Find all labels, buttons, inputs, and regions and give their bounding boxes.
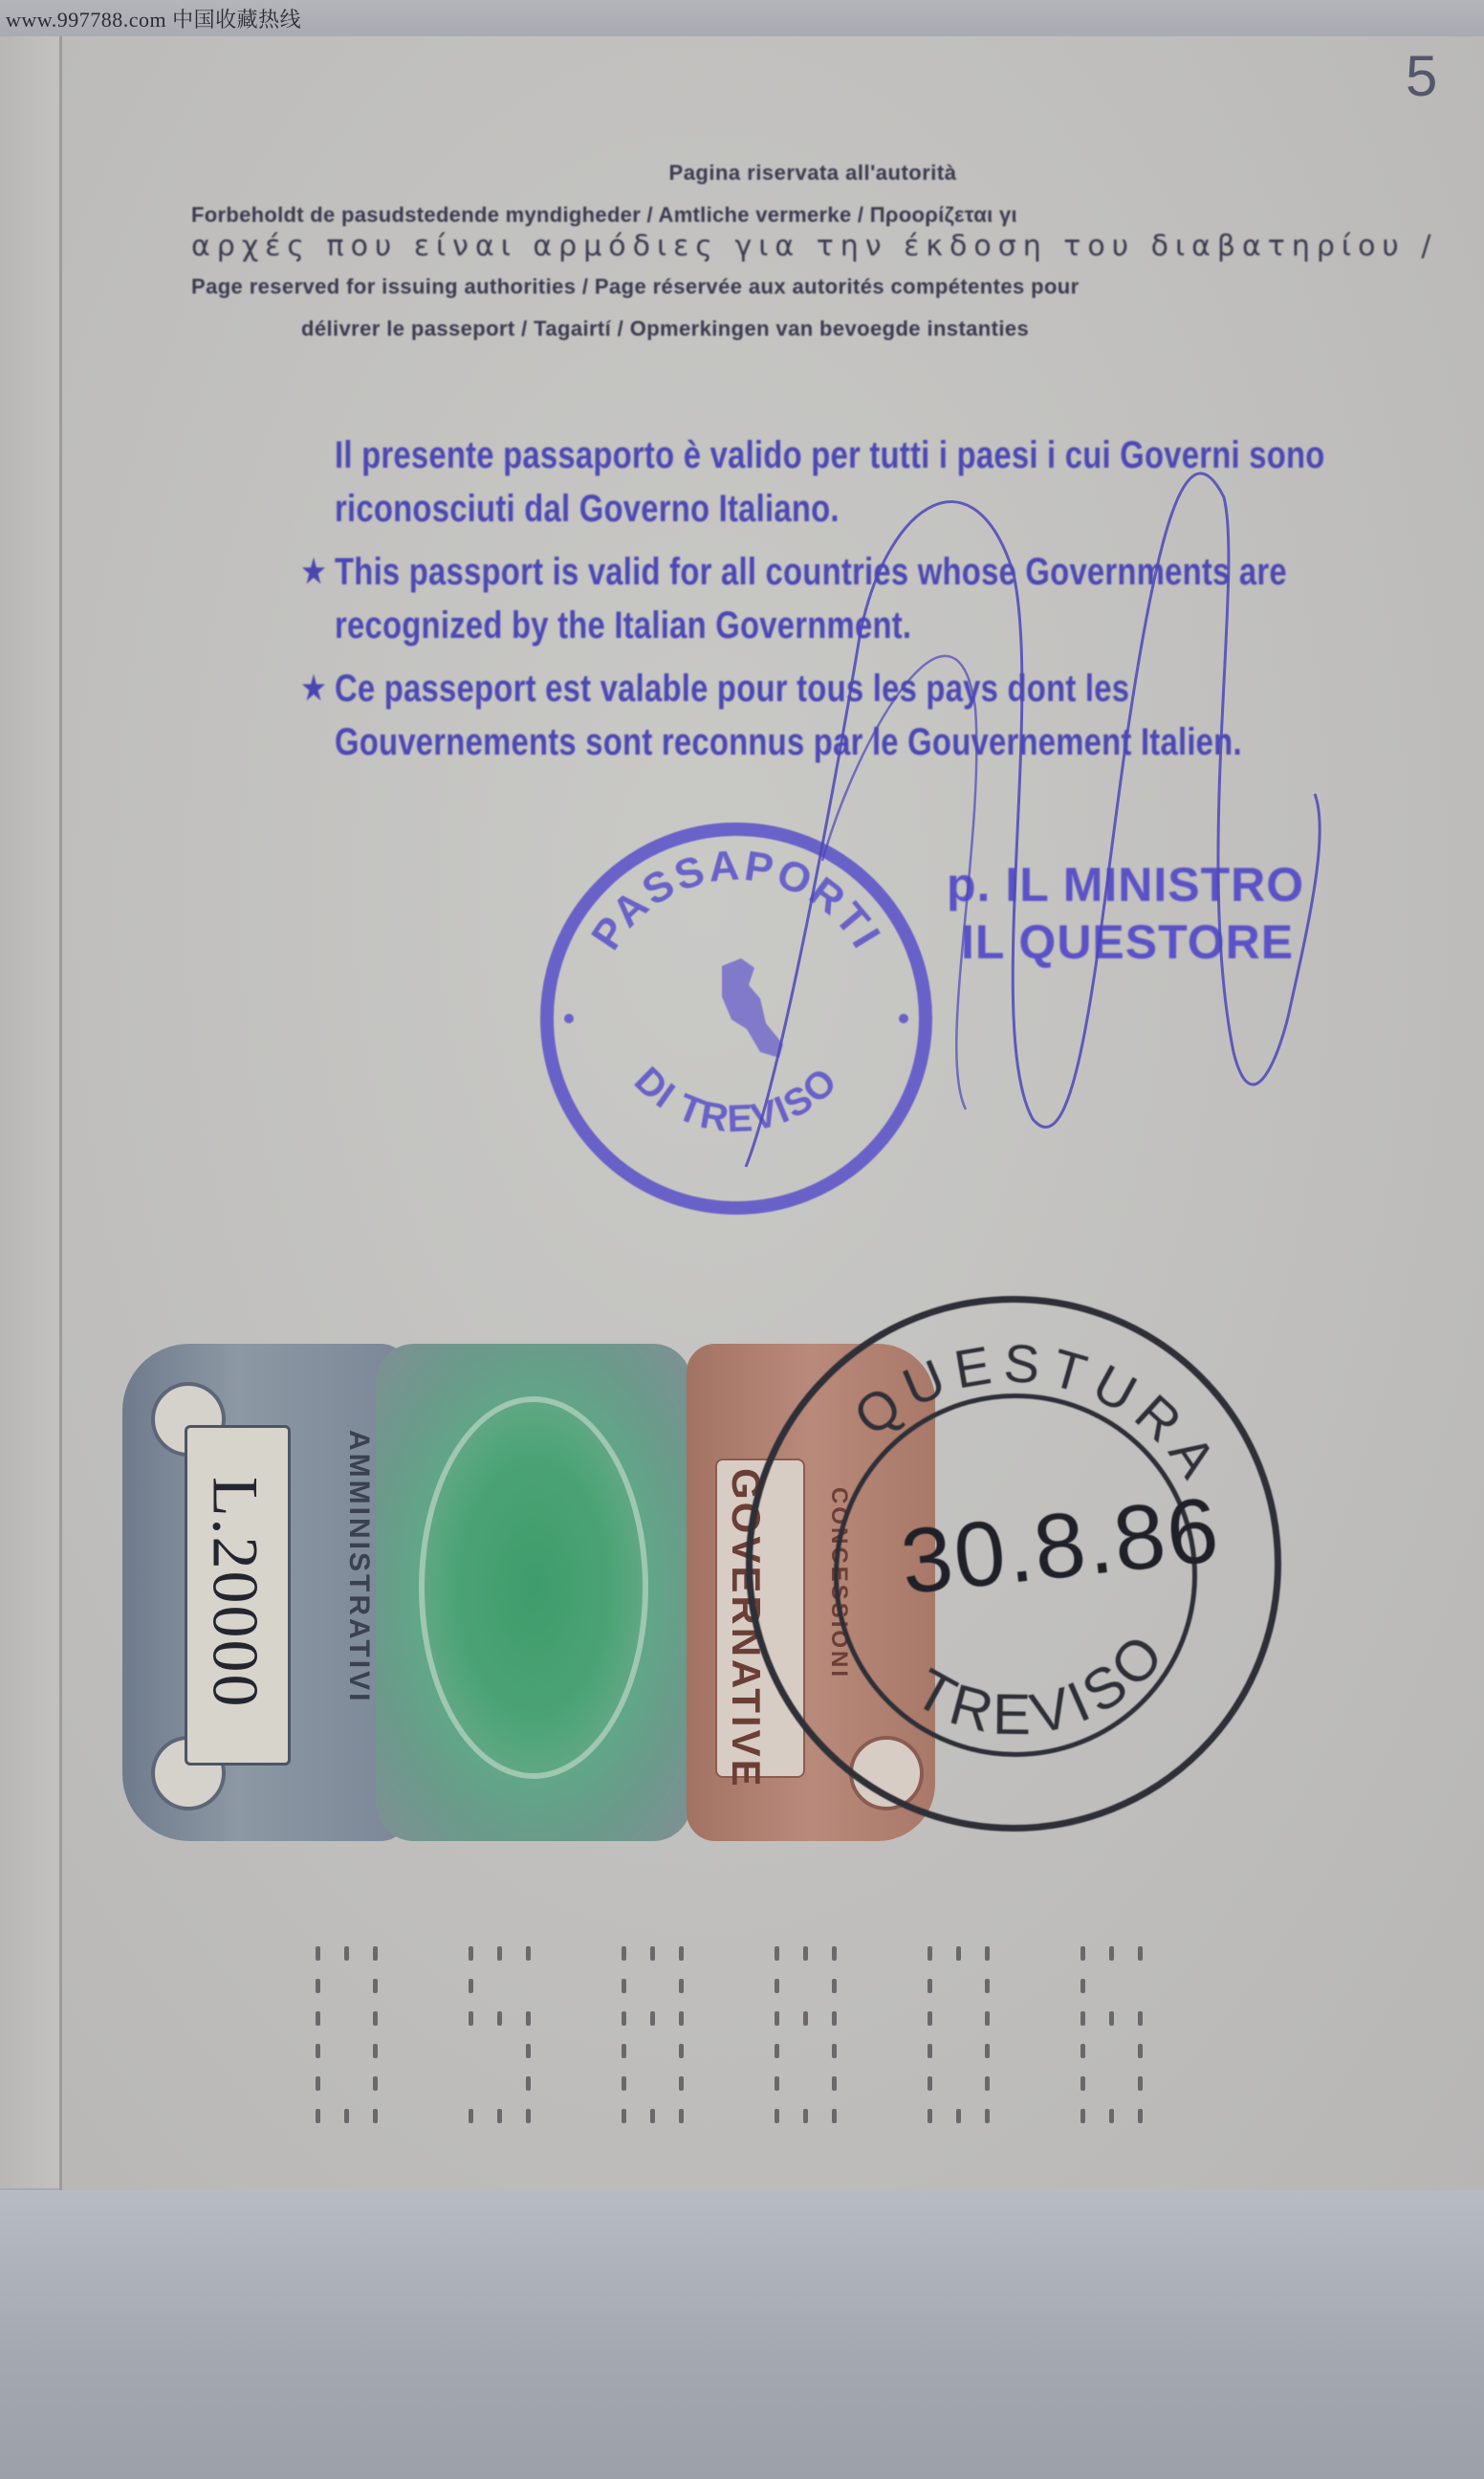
perforation-hole [927, 1946, 932, 1961]
italy-map-icon [722, 958, 783, 1058]
header-french-irish-dutch: délivrer le passeport / Tagairtí / Opmer… [301, 317, 1377, 341]
perforation-hole [622, 2109, 626, 2123]
perforation-hole [679, 1979, 684, 1993]
perforation-hole [775, 2044, 779, 2058]
perforation-hole [1080, 2011, 1085, 2026]
perforation-hole [373, 2011, 378, 2026]
perforation-hole [985, 2109, 990, 2123]
header-english-french: Page reserved for issuing authorities / … [191, 274, 1377, 299]
validity-statement: Il presente passaporto è valido per tutt… [335, 428, 1367, 769]
star-icon: ★ [302, 662, 326, 715]
perforation-hole [679, 2044, 684, 2058]
perforation-hole [316, 1979, 320, 1993]
perforation-hole [344, 1946, 349, 1961]
svg-text:DI TREVISO: DI TREVISO [626, 1059, 846, 1140]
perforation-hole [1138, 1946, 1143, 1961]
perforation-hole [1138, 2076, 1143, 2091]
perforation-hole [469, 2109, 473, 2123]
header-italian: Pagina riservata all'autorità [249, 161, 1377, 186]
perforation-hole [679, 2011, 684, 2026]
perforation-hole [373, 2109, 378, 2123]
validity-english: ★ This passport is valid for all countri… [335, 545, 1354, 652]
perforation-hole [1109, 2011, 1114, 2026]
perforation-hole [650, 2011, 655, 2026]
perforation-hole [526, 2011, 531, 2026]
questura-postmark: QUESTURA TREVISO 30.8.86 [746, 1296, 1281, 1832]
perforation-hole [526, 2076, 531, 2091]
perforation-hole [832, 2044, 837, 2058]
perforation-hole [316, 2109, 320, 2123]
page-number: 5 [1406, 43, 1437, 109]
validity-french-text: Ce passeport est valable pour tous les p… [335, 668, 1242, 763]
perforation-hole [803, 2011, 808, 2026]
perforation-hole [622, 1946, 626, 1961]
perforation-hole [316, 2076, 320, 2091]
perforation-hole [775, 2011, 779, 2026]
perforation-hole [497, 1946, 502, 1961]
perforation-hole [373, 1946, 378, 1961]
perforation-hole [622, 1979, 626, 1993]
perforation-hole [927, 2076, 932, 2091]
perforation-hole [679, 2109, 684, 2123]
perforation-hole [832, 2109, 837, 2123]
stamp-bottom-text: DI TREVISO [626, 1059, 846, 1140]
perforation-hole [832, 1979, 837, 1993]
perforation-hole [927, 2044, 932, 2058]
perforation-hole [497, 2011, 502, 2026]
perforation-hole [985, 2076, 990, 2091]
perforation-hole [985, 2044, 990, 2058]
perforation-hole [650, 2109, 655, 2123]
perforation-hole [1138, 2109, 1143, 2123]
perforation-hole [373, 2044, 378, 2058]
perforation-hole [622, 2011, 626, 2026]
perforation-hole [344, 2109, 349, 2123]
perforation-hole [1080, 2109, 1085, 2123]
perforation-hole [316, 2044, 320, 2058]
stamp-left-text: AMMINISTRATIVI [342, 1430, 375, 1755]
perforation-hole [927, 2011, 932, 2026]
perforation-hole [832, 1946, 837, 1961]
perforation-hole [985, 1946, 990, 1961]
validity-french: ★ Ce passeport est valable pour tous les… [335, 662, 1354, 769]
perforation-hole [1138, 2044, 1143, 2058]
stamp-portrait [419, 1396, 648, 1779]
perforation-hole [832, 2011, 837, 2026]
perforation-hole [526, 2109, 531, 2123]
perforation-hole [1080, 1979, 1085, 1993]
perforation-hole [775, 1946, 779, 1961]
signature-line-2: IL QUESTORE [961, 913, 1304, 971]
perforation-hole [927, 2109, 932, 2123]
perforation-hole [622, 2076, 626, 2091]
signature-block: p. IL MINISTRO IL QUESTORE [947, 856, 1304, 971]
validity-english-text: This passport is valid for all countries… [335, 551, 1287, 647]
perforated-passport-number [316, 1946, 1320, 2128]
signature-line-1: p. IL MINISTRO [947, 856, 1304, 913]
reserved-page-header: Pagina riservata all'autorità Forbeholdt… [191, 161, 1377, 341]
underlying-page-edge [0, 36, 67, 2188]
perforation-hole [1109, 2109, 1114, 2123]
perforation-hole [1080, 2044, 1085, 2058]
perforation-hole [1080, 1946, 1085, 1961]
perforation-hole [775, 2076, 779, 2091]
perforation-hole [469, 2011, 473, 2026]
perforation-hole [775, 1979, 779, 1993]
perforation-hole [469, 1946, 473, 1961]
perforation-hole [373, 1979, 378, 1993]
perforation-hole [985, 2011, 990, 2026]
svg-text:PASSAPORTI: PASSAPORTI [582, 842, 890, 958]
perforation-hole [1138, 2011, 1143, 2026]
perforation-hole [469, 1979, 473, 1993]
perforation-hole [316, 2011, 320, 2026]
perforation-hole [985, 1979, 990, 1993]
perforation-hole [679, 2076, 684, 2091]
header-greek: αρχές που είναι αρμόδιες για την έκδοση … [191, 230, 1377, 263]
perforation-hole [526, 2044, 531, 2058]
validity-italian: Il presente passaporto è valido per tutt… [335, 428, 1354, 536]
perforation-hole [956, 2109, 961, 2123]
header-danish-german-greek: Forbeholdt de pasudstedende myndigheder … [191, 203, 1377, 228]
background-surface [0, 2190, 1484, 2479]
questura-passport-stamp: PASSAPORTI DI TREVISO [540, 823, 932, 1215]
perforation-hole [927, 1979, 932, 1993]
perforation-hole [775, 2109, 779, 2123]
perforation-hole [679, 1946, 684, 1961]
perforation-hole [373, 2076, 378, 2091]
perforation-hole [1080, 2076, 1085, 2091]
perforation-hole [1109, 1946, 1114, 1961]
perforation-hole [526, 1946, 531, 1961]
perforation-hole [803, 1946, 808, 1961]
perforation-hole [497, 2109, 502, 2123]
stamp-top-text: PASSAPORTI [582, 842, 890, 958]
perforation-hole [803, 2109, 808, 2123]
perforation-hole [316, 1946, 320, 1961]
stamp-value: L.20000 [187, 1435, 283, 1750]
perforation-hole [650, 1946, 655, 1961]
perforation-hole [956, 1946, 961, 1961]
watermark: www.997788.com 中国收藏热线 [0, 0, 1484, 36]
perforation-hole [832, 2076, 837, 2091]
star-icon: ★ [302, 545, 326, 599]
perforation-hole [622, 2044, 626, 2058]
